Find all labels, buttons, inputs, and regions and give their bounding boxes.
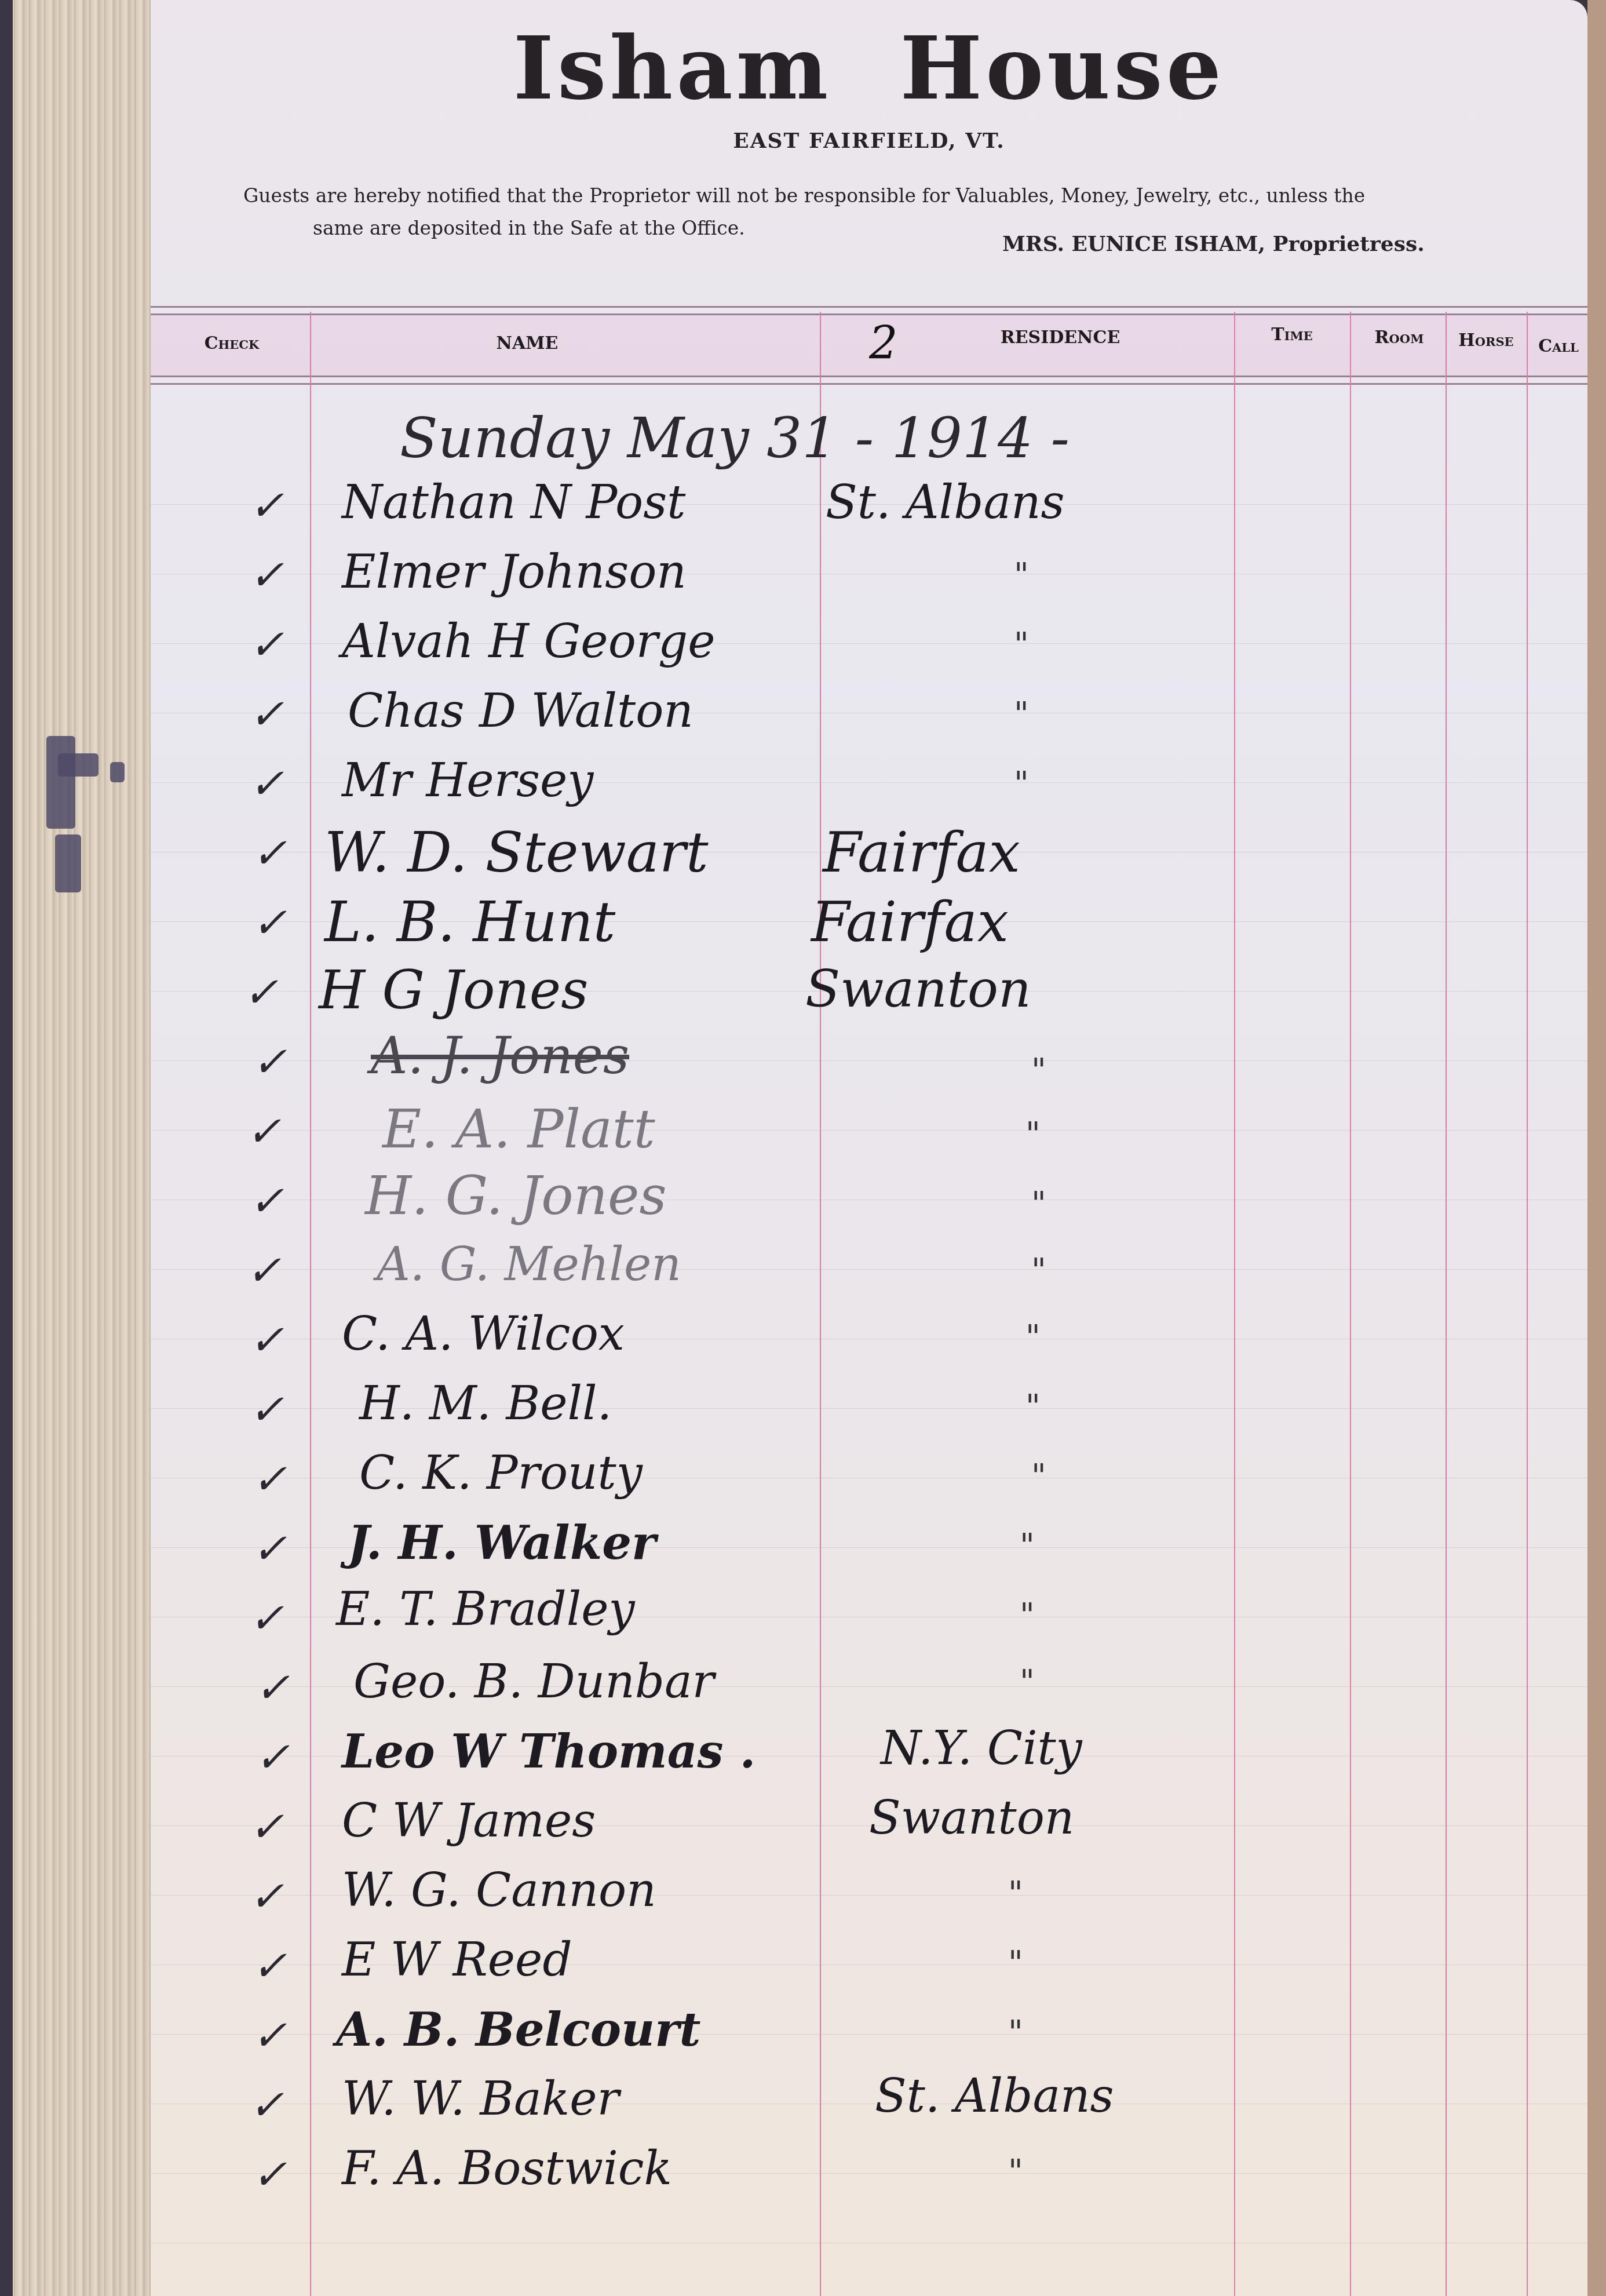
check-mark: ✓ xyxy=(252,829,287,877)
column-divider xyxy=(310,312,311,2296)
guest-residence: Fairfax xyxy=(823,820,1020,885)
guest-residence: " xyxy=(1008,1875,1023,1912)
guest-name: Geo. B. Dunbar xyxy=(353,1654,714,1708)
guest-residence: " xyxy=(1020,1527,1035,1565)
guest-name: W. D. Stewart xyxy=(324,820,709,885)
guest-residence: " xyxy=(1014,556,1029,594)
ink-stain xyxy=(46,736,75,829)
row-rule xyxy=(151,1130,1587,1131)
check-mark: ✓ xyxy=(252,1941,287,1990)
guest-residence: " xyxy=(1014,695,1029,733)
guest-name: W. W. Baker xyxy=(342,2072,619,2126)
check-mark: ✓ xyxy=(249,1594,284,1642)
register-page: Isham House EAST FAIRFIELD, VT. Guests a… xyxy=(151,0,1587,2296)
book-right-edge xyxy=(1587,0,1606,2296)
column-header-room: Room xyxy=(1356,327,1443,348)
guest-name: F. A. Bostwick xyxy=(342,2141,672,2195)
check-mark: ✓ xyxy=(255,1733,290,1781)
column-header-call: Call xyxy=(1530,336,1587,356)
check-mark: ✓ xyxy=(249,690,284,738)
guest-residence: N.Y. City xyxy=(881,1721,1082,1775)
ink-stain xyxy=(110,762,125,782)
column-divider xyxy=(1350,312,1351,2296)
guest-name: Alvah H George xyxy=(342,614,716,668)
guest-residence: " xyxy=(1031,1252,1046,1289)
guest-name: A. J. Jones xyxy=(371,1026,629,1085)
column-header-name: NAME xyxy=(440,333,614,353)
book-page-edges xyxy=(0,0,154,2296)
check-mark: ✓ xyxy=(255,1663,290,1712)
guest-name: Mr Hersey xyxy=(342,753,594,807)
guest-residence: Swanton xyxy=(805,959,1031,1019)
check-mark: ✓ xyxy=(252,2150,287,2199)
row-rule xyxy=(151,2243,1587,2243)
ink-stain xyxy=(55,834,81,892)
guest-residence: St. Albans xyxy=(826,475,1065,529)
check-mark: ✓ xyxy=(252,1455,287,1503)
guest-name: A. B. Belcourt xyxy=(336,2002,700,2057)
check-mark: ✓ xyxy=(252,1524,287,1573)
guest-residence: " xyxy=(1008,2153,1023,2191)
page-header: Isham House EAST FAIRFIELD, VT. Guests a… xyxy=(151,0,1587,301)
guest-residence: " xyxy=(1014,626,1029,664)
guest-name: E W Reed xyxy=(342,1933,572,1987)
guest-name: H G Jones xyxy=(319,959,588,1021)
guest-residence: " xyxy=(1031,1185,1046,1223)
check-mark: ✓ xyxy=(243,968,278,1016)
header-rule-top xyxy=(151,306,1587,315)
guest-residence: " xyxy=(1020,1597,1035,1634)
column-header-residence: RESIDENCE xyxy=(962,327,1159,348)
column-divider xyxy=(1234,312,1235,2296)
guest-residence: " xyxy=(1014,765,1029,803)
guest-name: C. A. Wilcox xyxy=(342,1307,625,1361)
guest-name: E. T. Bradley xyxy=(336,1582,635,1636)
proprietor: MRS. EUNICE ISHAM, Proprietress. xyxy=(1002,232,1425,256)
guest-name: Nathan N Post xyxy=(342,475,685,529)
page-number: 2 xyxy=(869,318,898,370)
check-mark: ✓ xyxy=(249,1872,284,1920)
check-mark: ✓ xyxy=(249,620,284,669)
row-rule xyxy=(151,1060,1587,1061)
check-mark: ✓ xyxy=(249,551,284,599)
check-mark: ✓ xyxy=(249,759,284,808)
ink-stain xyxy=(58,753,98,777)
guest-residence: " xyxy=(1025,1388,1041,1426)
guest-residence: " xyxy=(1031,1052,1046,1089)
guest-residence: " xyxy=(1008,1944,1023,1982)
check-mark: ✓ xyxy=(249,1176,284,1225)
check-mark: ✓ xyxy=(246,1246,281,1295)
guest-residence: " xyxy=(1025,1116,1041,1153)
guest-name: L. B. Hunt xyxy=(324,890,615,954)
guest-residence: " xyxy=(1008,2014,1023,2051)
guest-name: E. A. Platt xyxy=(382,1098,655,1160)
register-table: Check NAME 2 RESIDENCE Time Room Horse C… xyxy=(151,301,1587,2296)
notice-line-1: Guests are hereby notified that the Prop… xyxy=(243,180,1518,212)
guest-residence: Swanton xyxy=(869,1791,1074,1845)
check-mark: ✓ xyxy=(252,1037,287,1086)
guest-name: J. H. Walker xyxy=(348,1515,656,1570)
check-mark: ✓ xyxy=(246,1107,281,1156)
hotel-location: EAST FAIRFIELD, VT. xyxy=(151,129,1587,153)
check-mark: ✓ xyxy=(249,2080,284,2129)
book-cover xyxy=(0,0,13,2296)
check-mark: ✓ xyxy=(249,1385,284,1434)
column-header-time: Time xyxy=(1240,325,1344,345)
guest-name: C. K. Prouty xyxy=(359,1446,643,1500)
guest-residence: Fairfax xyxy=(811,890,1009,954)
guest-name: Chas D Walton xyxy=(348,684,694,738)
check-mark: ✓ xyxy=(249,481,284,530)
column-header-check: Check xyxy=(174,333,290,353)
guest-residence: St. Albans xyxy=(875,2069,1114,2123)
guest-name: H. G. Jones xyxy=(365,1165,667,1227)
check-mark: ✓ xyxy=(252,898,287,947)
guest-name: Leo W Thomas . xyxy=(342,1724,755,1779)
guest-name: Elmer Johnson xyxy=(342,545,687,599)
guest-name: H. M. Bell. xyxy=(359,1376,612,1430)
guest-residence: " xyxy=(1025,1318,1041,1356)
hotel-name: Isham House xyxy=(151,17,1587,119)
column-divider xyxy=(1446,312,1447,2296)
column-header-horse: Horse xyxy=(1448,330,1524,351)
column-divider xyxy=(1527,312,1528,2296)
check-mark: ✓ xyxy=(252,2011,287,2060)
column-divider xyxy=(820,312,821,2296)
row-rule xyxy=(151,1269,1587,1270)
header-rule-bottom xyxy=(151,376,1587,385)
guest-name: C W James xyxy=(342,1794,596,1847)
guest-residence: " xyxy=(1031,1457,1046,1495)
guest-residence: " xyxy=(1020,1663,1035,1701)
guest-name: A. G. Mehlen xyxy=(377,1237,681,1291)
guest-name: W. G. Cannon xyxy=(342,1863,656,1917)
check-mark: ✓ xyxy=(249,1802,284,1851)
date-heading: Sunday May 31 - 1914 - xyxy=(400,406,1070,471)
check-mark: ✓ xyxy=(249,1315,284,1364)
